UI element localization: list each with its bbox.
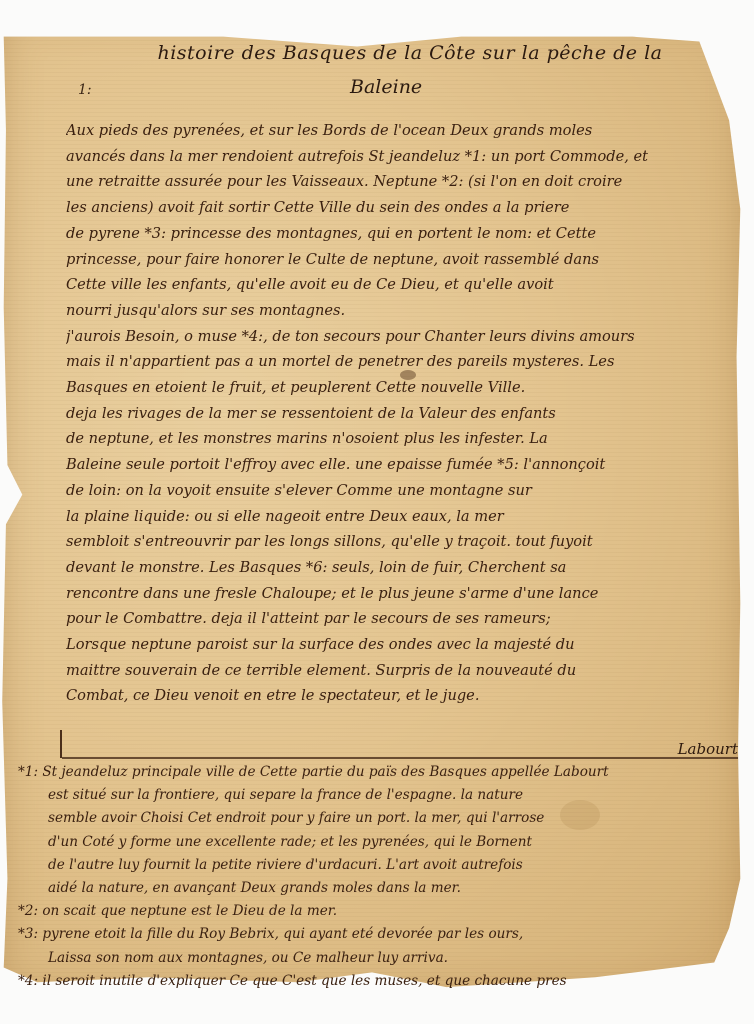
manuscript-body: Aux pieds des pyrenées, et sur les Bords… (66, 118, 736, 709)
body-line: devant le monstre. Les Basques *6: seuls… (66, 555, 736, 581)
body-line: les anciens) avoit fait sortir Cette Vil… (66, 195, 736, 221)
body-line: pour le Combattre. deja il l'atteint par… (66, 606, 736, 632)
footnote-line: semble avoir Choisi Cet endroit pour y f… (18, 807, 740, 830)
body-line: Cette ville les enfants, qu'elle avoit e… (66, 272, 736, 298)
body-line: j'aurois Besoin, o muse *4:, de ton seco… (66, 324, 736, 350)
body-line: de loin: on la voyoit ensuite s'elever C… (66, 478, 736, 504)
body-line: deja les rivages de la mer se ressentoie… (66, 401, 736, 427)
body-line: princesse, pour faire honorer le Culte d… (66, 247, 736, 273)
footnote-marker: *3: (18, 926, 38, 942)
body-line: Lorsque neptune paroist sur la surface d… (66, 632, 736, 658)
footnote-line: de l'autre luy fournit la petite riviere… (18, 854, 740, 877)
body-line: avancés dans la mer rendoient autrefois … (66, 144, 736, 170)
footnote-line: est situé sur la frontiere, qui separe l… (18, 784, 740, 807)
footnote-marker: *4: (18, 973, 38, 989)
footnote-3: *3: pyrene etoit la fille du Roy Bebrix,… (18, 923, 740, 946)
page-number: 1: (78, 82, 92, 98)
footnote-4: *4: il seroit inutile d'expliquer Ce que… (18, 970, 740, 993)
body-line: mais il n'appartient pas a un mortel de … (66, 349, 736, 375)
catchword: Labourt (678, 740, 738, 758)
body-line: Aux pieds des pyrenées, et sur les Bords… (66, 118, 736, 144)
manuscript-title: histoire des Basques de la Côte sur la p… (120, 42, 700, 64)
footnote-rule (62, 757, 738, 759)
footnote-marker: *2: (18, 903, 38, 919)
body-line: la plaine liquide: ou si elle nageoit en… (66, 504, 736, 530)
footnote-2: *2: on scait que neptune est le Dieu de … (18, 900, 740, 923)
body-line: une retraitte assurée pour les Vaisseaux… (66, 169, 736, 195)
body-line: de pyrene *3: princesse des montagnes, q… (66, 221, 736, 247)
body-line: Combat, ce Dieu venoit en etre le specta… (66, 683, 736, 709)
body-line: Baleine seule portoit l'effroy avec elle… (66, 452, 736, 478)
body-line: nourri jusqu'alors sur ses montagnes. (66, 298, 736, 324)
body-line: rencontre dans une fresle Chaloupe; et l… (66, 581, 736, 607)
footnote-line: d'un Coté y forme une excellente rade; e… (18, 831, 740, 854)
body-line: de neptune, et les monstres marins n'oso… (66, 426, 736, 452)
body-line: maittre souverain de ce terrible element… (66, 658, 736, 684)
footnote-marker: *1: (18, 764, 38, 780)
footnotes: *1: St jeandeluz principale ville de Cet… (18, 761, 740, 993)
footnote-line: Laissa son nom aux montagnes, ou Ce malh… (18, 947, 740, 970)
footnote-line: aidé la nature, en avançant Deux grands … (18, 877, 740, 900)
footnote-rule-tick (60, 730, 62, 758)
body-line: Basques en etoient le fruit, et peuplere… (66, 375, 736, 401)
body-line: sembloit s'entreouvrir par les longs sil… (66, 529, 736, 555)
manuscript-subtitle: Baleine (350, 76, 422, 98)
footnote-1: *1: St jeandeluz principale ville de Cet… (18, 761, 740, 784)
